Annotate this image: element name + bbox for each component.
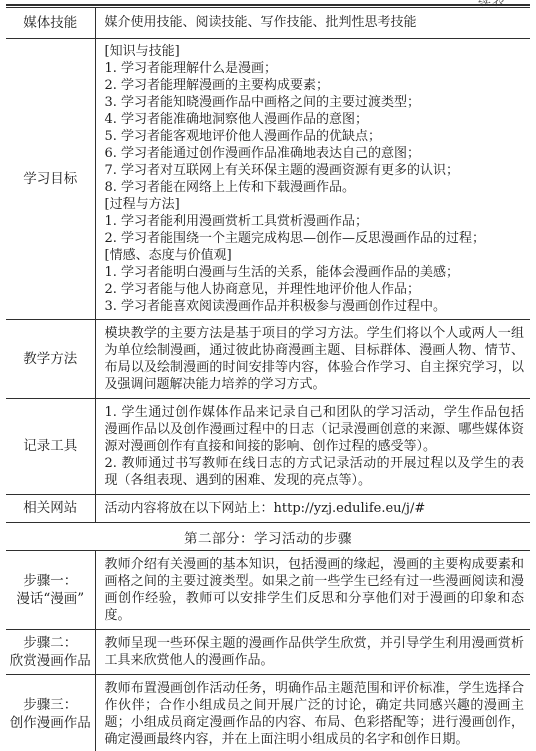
table-row-step-1: 步骤一： 漫话“漫画” 教师介绍有关漫画的基本知识，包括漫画的缘起，漫画的主要构…: [6, 550, 530, 629]
table-row-record-tools: 记录工具 1. 学生通过创作媒体作品来记录自己和团队的学习活动，学生作品包括漫画…: [6, 398, 530, 494]
table-row-teaching-method: 教学方法 模块教学的主要方法是基于项目的学习方法。学生们将以个人或两人一组为单位…: [6, 319, 530, 398]
row-label-related-website: 相关网站: [6, 494, 95, 522]
scanned-document-page: 续表 媒体技能 媒介使用技能、阅读技能、写作技能、批判性思考技能 学习目标 [知…: [0, 0, 536, 751]
row-label-learning-goals: 学习目标: [6, 38, 95, 319]
course-design-table-wrap: 媒体技能 媒介使用技能、阅读技能、写作技能、批判性思考技能 学习目标 [知识与技…: [6, 4, 530, 751]
section-header: 第二部分：学习活动的步骤: [6, 522, 530, 550]
row-content-step-3: 教师布置漫画创作活动任务，明确作品主题范围和评价标准，学生选择合作伙伴；合作小组…: [95, 674, 530, 751]
course-design-table: 媒体技能 媒介使用技能、阅读技能、写作技能、批判性思考技能 学习目标 [知识与技…: [6, 8, 530, 751]
table-row-media-skills: 媒体技能 媒介使用技能、阅读技能、写作技能、批判性思考技能: [6, 8, 530, 38]
row-content-step-2: 教师呈现一些环保主题的漫画作品供学生欣赏，并引导学生利用漫画赏析工具来欣赏他人的…: [95, 629, 530, 674]
table-row-related-website: 相关网站 活动内容将放在以下网站上：http://yzj.edulife.eu/…: [6, 494, 530, 522]
row-content-learning-goals: [知识与技能] 1. 学习者能理解什么是漫画； 2. 学习者能理解漫画的主要构成…: [95, 38, 530, 319]
row-label-media-skills: 媒体技能: [6, 8, 95, 38]
row-label-record-tools: 记录工具: [6, 398, 95, 494]
row-content-media-skills: 媒介使用技能、阅读技能、写作技能、批判性思考技能: [95, 8, 530, 38]
row-label-step-1: 步骤一： 漫话“漫画”: [6, 550, 95, 629]
row-label-teaching-method: 教学方法: [6, 319, 95, 398]
row-content-related-website: 活动内容将放在以下网站上：http://yzj.edulife.eu/j/#: [95, 494, 530, 522]
table-row-step-3: 步骤三： 创作漫画作品 教师布置漫画创作活动任务，明确作品主题范围和评价标准，学…: [6, 674, 530, 751]
row-content-record-tools: 1. 学生通过创作媒体作品来记录自己和团队的学习活动，学生作品包括漫画作品以及创…: [95, 398, 530, 494]
table-row-step-2: 步骤二： 欣赏漫画作品 教师呈现一些环保主题的漫画作品供学生欣赏，并引导学生利用…: [6, 629, 530, 674]
row-content-teaching-method: 模块教学的主要方法是基于项目的学习方法。学生们将以个人或两人一组为单位绘制漫画，…: [95, 319, 530, 398]
table-row-learning-goals: 学习目标 [知识与技能] 1. 学习者能理解什么是漫画； 2. 学习者能理解漫画…: [6, 38, 530, 319]
row-label-step-2: 步骤二： 欣赏漫画作品: [6, 629, 95, 674]
row-content-step-1: 教师介绍有关漫画的基本知识，包括漫画的缘起，漫画的主要构成要素和画格之间的主要过…: [95, 550, 530, 629]
table-row-section-header: 第二部分：学习活动的步骤: [6, 522, 530, 550]
row-label-step-3: 步骤三： 创作漫画作品: [6, 674, 95, 751]
